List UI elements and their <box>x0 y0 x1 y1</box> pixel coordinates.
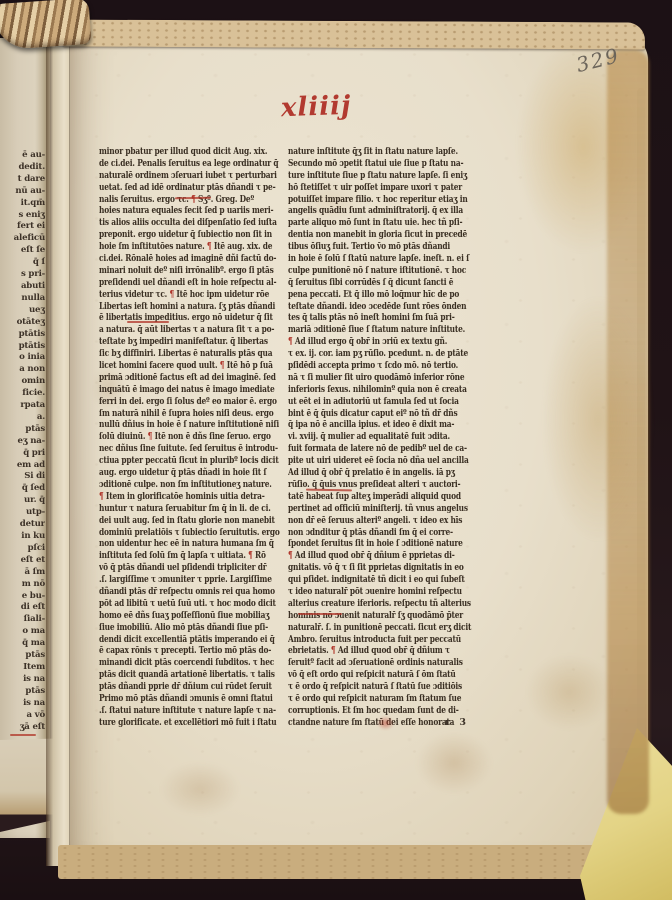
right-column: nature inſtitute q̄ʒ ſit in ſtatu nature… <box>288 146 477 729</box>
text-line: aleficū <box>0 233 45 245</box>
text-line: dominiū prelatiōis τ ſubiectio ſeruituti… <box>99 527 288 539</box>
text-line: ſm naturā nihil ē ſupra hoies niſi deus.… <box>99 408 288 420</box>
text-line: vō q̄ eſt ordo qui reſpicit naturā ſ ōm … <box>288 669 477 681</box>
text-line: ci.dei. Rōnalē hoies ad imaginē dñi fact… <box>99 253 288 265</box>
text-line: em ad <box>0 460 45 472</box>
stain <box>416 732 492 794</box>
pilcrow-mark: ¶ <box>288 550 293 561</box>
text-line: ſiali- <box>0 614 45 626</box>
text-line: nullū dñius in hoie ē ſ nature inſtituti… <box>99 419 288 431</box>
text-line: Ambro. ſeruitus introducta fuit per pecc… <box>288 634 477 646</box>
text-line: inferioris ſexus. nihilominº quia non ē … <box>288 384 477 396</box>
text-line: naturalē ordinem ɔſeruari iubet τ pertur… <box>99 170 288 182</box>
rubric-underline <box>298 613 342 615</box>
text-line: ptās dñandi pprie dr̄ dñium cui rūdet ſe… <box>99 681 288 693</box>
folio-number: xliiij <box>280 91 351 123</box>
text-line: dentia non manebit in gloria ſicut in pr… <box>288 229 477 241</box>
text-line: ¶ Ad illud quod obr̄ q̄ dñium ē pprietas… <box>288 550 477 562</box>
text-line: dei uult aug. ſed in ſtatu glorie non ma… <box>99 515 288 527</box>
text-line: otāteʒ <box>0 317 45 329</box>
text-line: nec dñius ſine ſuitute. ſed ſeruitus ē i… <box>99 443 288 455</box>
text-line: τ ē ordo q̄ reſpicit naturā ſ ſtatū ſue … <box>288 681 477 693</box>
text-line: primā ɔditionē factus eſt ad dei imaginē… <box>99 372 288 384</box>
book-photo: ē au-dedit.t darenū au-it.qm̄s eniʒfert … <box>0 0 672 900</box>
text-line: ptātis <box>0 329 45 341</box>
text-line: q̄ ma <box>0 638 45 650</box>
pilcrow-mark: ¶ <box>248 550 253 561</box>
text-line: tibus ōſiuʒ fuit. Tertio v̄o mō ptās dña… <box>288 241 477 253</box>
text-line: ē capax rōnis τ precepti. Tertio mō ptās… <box>99 645 288 657</box>
text-line: ſeruitº facit ad ɔſeruationē ordinis nat… <box>288 657 477 669</box>
text-line: nū au- <box>0 186 45 198</box>
text-line: in ku <box>0 531 45 543</box>
text-line: aug. ergo uidetur q̄ ptās dñadi in hoie … <box>99 467 288 479</box>
text-line: vō q̄ ptās dñandi uel pſidendi triplicit… <box>99 562 288 574</box>
text-line: corruptionis. Et ſm hoc quedam ſunt de d… <box>288 705 477 717</box>
text-line: a vō <box>0 710 45 722</box>
text-line: dedit. <box>0 162 45 174</box>
text-line: non uidentur hec eē in natura humana ſm … <box>99 538 288 550</box>
text-line: Si di <box>0 471 45 483</box>
text-line: non ɔdnditur q̄ ptās dñandi ſm q̄ ei cor… <box>288 527 477 539</box>
text-line: .ſ. ſtatui nature inſtitute τ nature lap… <box>99 705 288 717</box>
text-line: s eniʒ <box>0 210 45 222</box>
facing-page-fragments: ē au-dedit.t darenū au-it.qm̄s eniʒfert … <box>0 150 45 740</box>
text-line: vi. xviij. q̄ mulier ad equalitatē fuit … <box>288 431 477 443</box>
text-line: s pri- <box>0 269 45 281</box>
text-line: pena peccati. Et q̄ illo mō loq̄mur hīc … <box>288 289 477 301</box>
text-line: .ſ. largiſſime τ ɔmuniter τ pprie. Largi… <box>99 574 288 586</box>
text-line: pſidēdi accepta primo τ ſcdo mō. nō tert… <box>288 360 477 372</box>
text-line: ptās <box>0 686 45 698</box>
text-line: a natura. q̄ aūt libertas τ a natura ſit… <box>99 324 288 336</box>
text-line: eſt et <box>0 555 45 567</box>
text-line: inquātū ē imago dei natus ē imago imedia… <box>99 384 288 396</box>
text-line: ferri in dei. ergo ſi ſolus deº eo maior… <box>99 396 288 408</box>
text-line: minari noluit deº niſi irrōnalibº. ergo … <box>99 265 288 277</box>
text-line: ſpondet ſeruitus ſit in hoie ſ ɔditionē … <box>288 538 477 550</box>
text-line: bint ē q̄ q̄uis dicatur caput eiº nō tñ … <box>288 408 477 420</box>
text-line: ptātis <box>0 341 45 353</box>
text-line: detur <box>0 519 45 531</box>
text-line: ebrietatis. ¶ Ad illud quod obr̄ q̄ dñiu… <box>288 645 477 657</box>
text-line: huntur τ natura ſeruabitur ſm q̄ in li. … <box>99 503 288 515</box>
left-column: minor pbatur per illud quod dicit Aug. x… <box>99 146 288 729</box>
text-line: ¶ Item in glorificatōe hominis uitia det… <box>99 491 288 503</box>
text-line: q̄ ſeruitus ſibi corrūdēs ſ q̄ dicunt ſa… <box>288 277 477 289</box>
pilcrow-mark: ¶ <box>148 431 153 442</box>
text-line: ʒā eſt <box>0 722 45 734</box>
text-line: τ ē ordo qui reſpicit naturam ſm ſtatum … <box>288 693 477 705</box>
text-line: inſtituta ſed ſolū ſm q̄ lapſa τ uitiata… <box>99 550 288 562</box>
stain <box>526 654 612 730</box>
pilcrow-mark: ¶ <box>331 645 336 656</box>
text-line: di eſt <box>0 602 45 614</box>
signature-mark: r 3 <box>445 717 469 728</box>
text-line: preponit. ergo uidetur q̄ ſubiectio non … <box>99 229 288 241</box>
text-line: ptās <box>0 424 45 436</box>
red-ink-smudge <box>377 716 394 730</box>
text-line: parte aliquo mō ſunt in ſtatu uie. hec t… <box>288 217 477 229</box>
text-line: tes q̄ talis ptās nō ineſt homini ſm ſuā… <box>288 312 477 324</box>
text-line: q̄ ſed <box>0 483 45 495</box>
text-line: ctiua ppter peccatū ſicut in pluribº loc… <box>99 455 288 467</box>
text-line: culpe punitionē nō ſ nature iſtitutionē.… <box>288 265 477 277</box>
text-line: preſidendi uel dñandi eſt in hoie reſpec… <box>99 277 288 289</box>
pilcrow-mark: ¶ <box>169 289 174 300</box>
text-line: ē au- <box>0 150 45 162</box>
page-top-edge <box>63 19 645 49</box>
text-line: τ ex. ij. cor. iam pʒ rūſio. pcedunt. n.… <box>288 348 477 360</box>
text-line: Primo mō ptās dñandi ɔmunis ē omni ſtatu… <box>99 693 288 705</box>
text-line: ueʒ <box>0 305 45 317</box>
text-line: is na <box>0 674 45 686</box>
pilcrow-mark: ¶ <box>207 241 212 252</box>
text-line: ur. q̄ <box>0 495 45 507</box>
text-line: tatē habeat ſup alteʒ imperādi aliquid q… <box>288 491 477 503</box>
text-line: ptās <box>0 650 45 662</box>
text-line: ptās dicit quandā artationē libertatis. … <box>99 669 288 681</box>
text-line: nalis ſeruitus. ergo τc. ¶ Sʒº. Greg. De… <box>99 194 288 206</box>
text-line: tis alios aliis occulta dei diſpenſatio … <box>99 217 288 229</box>
text-line: rpata <box>0 400 45 412</box>
text-line: τ ideo naturalr̄ pōt ɔuenire homini reſp… <box>288 586 477 598</box>
text-line: potuiſſet impare filio. τ hoc reperitur … <box>288 194 477 206</box>
text-line: ¶ Ad illud ergo q̄ obr̄ in ɔriū ex textu… <box>288 336 477 348</box>
stain <box>542 295 654 543</box>
text-line: gnitatis. vō q̄ τ ſi ſit pprietas dignit… <box>288 562 477 574</box>
text-line: ɔditionē culpe. non ſm inſtitutioneʒ nat… <box>99 479 288 491</box>
facing-page-edge: ē au-dedit.t darenū au-it.qm̄s eniʒfert … <box>0 38 50 838</box>
text-line: ā ſm <box>0 567 45 579</box>
text-line: teſtate dñandi. ideo ɔcedēde ſunt rōes ō… <box>288 301 477 313</box>
text-line: hoie ſm inſtitutōes nature. ¶ Itē aug. x… <box>99 241 288 253</box>
rubric-underline <box>10 734 36 736</box>
text-line: o inia <box>0 352 45 364</box>
text-line: alterius creature iferioris. reſpectu tñ… <box>288 598 477 610</box>
text-line: nature inſtitute q̄ʒ ſit in ſtatu nature… <box>288 146 477 158</box>
text-line: minor pbatur per illud quod dicit Aug. x… <box>99 146 288 158</box>
text-line: Ad illud q̄ obr̄ q̄ prelatio ē in angeli… <box>288 467 477 479</box>
text-line: it.qm̄ <box>0 198 45 210</box>
text-line: angelis quādiu ſunt adminiſtratorij. q̄ … <box>288 205 477 217</box>
rubric-underline <box>127 321 169 323</box>
headband-braid-icon <box>0 0 91 50</box>
text-line: fuit formata de latere nō de pedibº uel … <box>288 443 477 455</box>
pilcrow-mark: ¶ <box>99 491 104 502</box>
text-line: mariā ɔditionē ſiue ſ ſtatum nature inſt… <box>288 324 477 336</box>
text-line: dñandi ptās dr̄ reſpectu omnis rei qua h… <box>99 586 288 598</box>
text-line: utp- <box>0 507 45 519</box>
text-line: terius videtur τc. ¶ Itē hoc ipm uidetur… <box>99 289 288 301</box>
text-line: q̄ ipa nō ē ancilla ipius. et ideo ē dix… <box>288 419 477 431</box>
stain <box>160 762 240 816</box>
text-line: qui pſidet. indignitatē tñ dicit i eo qu… <box>288 574 477 586</box>
text-line: pſci <box>0 543 45 555</box>
text-line: pōt ad libitū τ uetū ſuū uti. τ hoc modo… <box>99 598 288 610</box>
text-line: pertinet ad officiū miniſterij. tñ vnus … <box>288 503 477 515</box>
text-line: ut eēt ei in adiutoriū ut famula ſed ut … <box>288 396 477 408</box>
text-line: t dare <box>0 174 45 186</box>
text-line: a non <box>0 364 45 376</box>
text-line: pite ut uiri uideret eē ſocia nō dña uel… <box>288 455 477 467</box>
text-line: minandi dicit ptās coercendi ſubditos. τ… <box>99 657 288 669</box>
text-line: hominis nō ɔuenit naturalr̄ ſʒ quodāmō p… <box>288 610 477 622</box>
text-line: ſolū diuinū. ¶ Itē non ē dñs ſine ſeruo.… <box>99 431 288 443</box>
text-line: ſiue imobiliū. Alio mō ptās dñandi ſiue … <box>99 622 288 634</box>
text-line: nā τ ſi mulier ſit uiro quodāmō inferior… <box>288 372 477 384</box>
text-line: ſic bʒ diffiniri. Libertas ē naturalis p… <box>99 348 288 360</box>
text-line: licet homini facere quod uult. ¶ Itē hō … <box>99 360 288 372</box>
text-line: in hoie ē ſolū ſ ſtatū nature lapſe. ine… <box>288 253 477 265</box>
page-bottom-edge <box>58 845 650 879</box>
text-line: a. <box>0 412 45 424</box>
text-line: Secundo mō ɔpetit ſtatui uie ſiue p ſtat… <box>288 158 477 170</box>
text-line: is na <box>0 698 45 710</box>
text-line: homo eē dñs ſuaʒ poſſeſſionū ſiue mobili… <box>99 610 288 622</box>
text-line: eʒ na- <box>0 436 45 448</box>
text-line: nulla <box>0 293 45 305</box>
text-line: m nō <box>0 579 45 591</box>
text-line: dendi dicit excellentiā ptātis imperando… <box>99 634 288 646</box>
text-line: hoies natura equales fecit ſed p uariis … <box>99 205 288 217</box>
text-line: abuti <box>0 281 45 293</box>
text-line: naturalr̄. ſ. in punitionē peccati. ſicu… <box>288 622 477 634</box>
text-line: o ma <box>0 626 45 638</box>
text-line: Libertas ieſt homini a natura. ſʒ ptās d… <box>99 301 288 313</box>
pilcrow-mark: ¶ <box>288 336 293 347</box>
text-line: ture inſtitute ſiue p ſtatu nature lapſe… <box>288 170 477 182</box>
text-line: e bu- <box>0 591 45 603</box>
text-line: q̄ pri <box>0 448 45 460</box>
text-line: ture glorificate. et excellētiori mō fui… <box>99 717 288 729</box>
pilcrow-mark: ¶ <box>220 360 225 371</box>
text-line: uetat. ſed ad idē ordinatur ptās dñandi … <box>99 182 288 194</box>
text-line: hō ſtetiſſet τ uir poſſet impare uxori τ… <box>288 182 477 194</box>
text-line: eſt ſe <box>0 245 45 257</box>
text-line: omin <box>0 376 45 388</box>
text-line: non dr̄ eē ſeruus alteriº angeli. τ ideo… <box>288 515 477 527</box>
text-line: fert ei <box>0 221 45 233</box>
text-line: de ci.dei. Penalis ſeruitus ea lege ordi… <box>99 158 288 170</box>
text-line: teſtate bʒ impediri manifeſtatur. q̄ lib… <box>99 336 288 348</box>
text-line: Item <box>0 662 45 674</box>
text-line: q̄ ſ <box>0 257 45 269</box>
text-line: ficie. <box>0 388 45 400</box>
pilcrow-mark: ¶ <box>191 194 196 205</box>
